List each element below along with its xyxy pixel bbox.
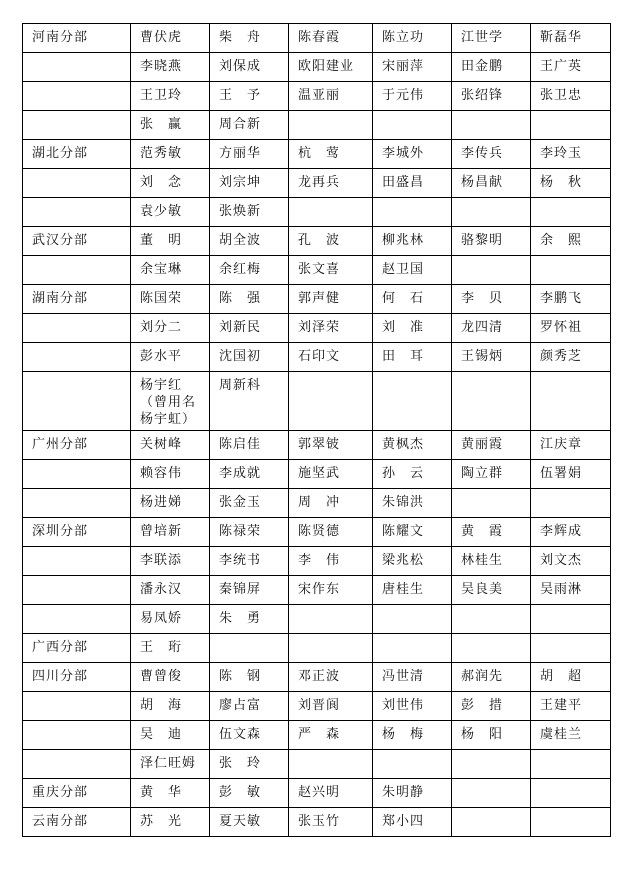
member-name-cell: 秦锦屏: [210, 576, 289, 605]
member-name-cell: 刘 念: [131, 169, 210, 198]
member-name-cell: 田 耳: [373, 343, 452, 372]
member-name-cell: [373, 750, 452, 779]
member-name-cell: [452, 779, 531, 808]
member-name-cell: [531, 605, 611, 634]
member-name-cell: 刘新民: [210, 314, 289, 343]
member-name-cell: 关树峰: [131, 431, 210, 460]
member-name-cell: 泽仁旺姆: [131, 750, 210, 779]
member-name-cell: [531, 372, 611, 431]
member-name-cell: [373, 634, 452, 663]
table-row: 赖容伟李成就施坚武孙 云陶立群伍署娟: [23, 460, 611, 489]
member-name-cell: 虞桂兰: [531, 721, 611, 750]
member-name-cell: 冯世清: [373, 663, 452, 692]
member-name-cell: 陈启佳: [210, 431, 289, 460]
member-name-cell: [531, 198, 611, 227]
member-name-cell: 黄 霞: [452, 518, 531, 547]
member-name-cell: 张玉竹: [289, 808, 373, 837]
member-name-cell: 胡 海: [131, 692, 210, 721]
member-name-cell: 伍文森: [210, 721, 289, 750]
member-name-cell: 李 贝: [452, 285, 531, 314]
member-name-cell: 刘泽荣: [289, 314, 373, 343]
member-name-cell: 李晓燕: [131, 53, 210, 82]
member-name-cell: 王卫玲: [131, 82, 210, 111]
table-row: 张 赢周合新: [23, 111, 611, 140]
branch-cell: 湖北分部: [23, 140, 131, 169]
member-name-cell: 刘晋阆: [289, 692, 373, 721]
table-row: 云南分部苏 光夏天敏张玉竹郑小四: [23, 808, 611, 837]
member-name-cell: 刘世伟: [373, 692, 452, 721]
member-name-cell: 杨昌献: [452, 169, 531, 198]
member-name-cell: 孔 波: [289, 227, 373, 256]
member-name-cell: 周 冲: [289, 489, 373, 518]
member-name-cell: 石印文: [289, 343, 373, 372]
member-name-cell: 袁少敏: [131, 198, 210, 227]
member-name-cell: 龙再兵: [289, 169, 373, 198]
member-name-cell: 周新科: [210, 372, 289, 431]
member-name-cell: [373, 605, 452, 634]
branch-cell: [23, 53, 131, 82]
branch-cell: 湖南分部: [23, 285, 131, 314]
member-name-cell: 李 伟: [289, 547, 373, 576]
table-row: 深圳分部曾培新陈禄荣陈贤德陈耀文黄 霞李辉成: [23, 518, 611, 547]
member-name-cell: 黄 华: [131, 779, 210, 808]
branch-cell: [23, 692, 131, 721]
member-name-cell: 黄枫杰: [373, 431, 452, 460]
member-name-cell: 刘宗坤: [210, 169, 289, 198]
table-row: 重庆分部黄 华彭 敏赵兴明朱明静: [23, 779, 611, 808]
member-name-cell: 骆黎明: [452, 227, 531, 256]
member-name-cell: 李成就: [210, 460, 289, 489]
member-name-cell: 张金玉: [210, 489, 289, 518]
member-name-cell: 朱 勇: [210, 605, 289, 634]
table-row: 湖南分部陈国荣陈 强郭声健何 石李 贝李鹏飞: [23, 285, 611, 314]
member-name-cell: 董 明: [131, 227, 210, 256]
member-name-cell: [373, 111, 452, 140]
member-name-cell: 陈耀文: [373, 518, 452, 547]
branch-cell: 武汉分部: [23, 227, 131, 256]
member-name-cell: [531, 489, 611, 518]
member-name-cell: [289, 372, 373, 431]
member-name-cell: 范秀敏: [131, 140, 210, 169]
member-name-cell: [531, 808, 611, 837]
member-name-cell: 曹曾俊: [131, 663, 210, 692]
member-name-cell: 王建平: [531, 692, 611, 721]
member-name-cell: [452, 372, 531, 431]
member-name-cell: [531, 779, 611, 808]
member-name-cell: [289, 198, 373, 227]
member-name-cell: [210, 634, 289, 663]
table-row: 刘 念刘宗坤龙再兵田盛昌杨昌献杨 秋: [23, 169, 611, 198]
branch-cell: [23, 343, 131, 372]
member-name-cell: [452, 605, 531, 634]
member-name-cell: [531, 256, 611, 285]
member-name-cell: [289, 750, 373, 779]
member-name-cell: 李玲玉: [531, 140, 611, 169]
member-name-cell: 余 熙: [531, 227, 611, 256]
member-name-cell: 刘分二: [131, 314, 210, 343]
table-row: 潘永汉秦锦屏宋作东唐桂生吴良美吴雨淋: [23, 576, 611, 605]
branch-cell: 河南分部: [23, 24, 131, 53]
member-name-cell: 陈 钢: [210, 663, 289, 692]
member-roster-table: 河南分部曹伏虎柴 舟陈春霞陈立功江世学靳磊华李晓燕刘保成欧阳建业宋丽萍田金鹏王广…: [22, 23, 611, 837]
branch-cell: [23, 198, 131, 227]
member-name-cell: 颜秀芝: [531, 343, 611, 372]
member-name-cell: 张绍锋: [452, 82, 531, 111]
member-name-cell: [452, 198, 531, 227]
branch-cell: [23, 372, 131, 431]
member-name-cell: 张 赢: [131, 111, 210, 140]
member-name-cell: 杨 阳: [452, 721, 531, 750]
branch-cell: [23, 111, 131, 140]
member-name-cell: 李统书: [210, 547, 289, 576]
member-name-cell: 田盛昌: [373, 169, 452, 198]
member-name-cell: 沈国初: [210, 343, 289, 372]
member-name-cell: 杭 莺: [289, 140, 373, 169]
member-name-cell: 施坚武: [289, 460, 373, 489]
member-name-cell: 苏 光: [131, 808, 210, 837]
branch-cell: [23, 576, 131, 605]
member-name-cell: 陈 强: [210, 285, 289, 314]
table-row: 泽仁旺姆张 玲: [23, 750, 611, 779]
member-name-cell: 朱锦洪: [373, 489, 452, 518]
member-name-cell: 彭 措: [452, 692, 531, 721]
member-name-cell: 王广英: [531, 53, 611, 82]
member-name-cell: 吴良美: [452, 576, 531, 605]
member-name-cell: 余红梅: [210, 256, 289, 285]
member-name-cell: 赵兴明: [289, 779, 373, 808]
table-row: 杨宇红（曾用名杨宇虹）周新科: [23, 372, 611, 431]
member-name-cell: 刘保成: [210, 53, 289, 82]
member-name-cell: 曹伏虎: [131, 24, 210, 53]
member-name-cell: [452, 634, 531, 663]
member-name-cell: [531, 634, 611, 663]
member-name-cell: 廖占富: [210, 692, 289, 721]
table-row: 余宝琳余红梅张文喜赵卫国: [23, 256, 611, 285]
member-name-cell: 张焕新: [210, 198, 289, 227]
branch-cell: [23, 547, 131, 576]
member-name-cell: 张文喜: [289, 256, 373, 285]
member-name-cell: 郑小四: [373, 808, 452, 837]
member-name-cell: 胡 超: [531, 663, 611, 692]
table-row: 湖北分部范秀敏方丽华杭 莺李城外李传兵李玲玉: [23, 140, 611, 169]
roster-body: 河南分部曹伏虎柴 舟陈春霞陈立功江世学靳磊华李晓燕刘保成欧阳建业宋丽萍田金鹏王广…: [23, 24, 611, 837]
branch-cell: [23, 489, 131, 518]
member-name-cell: 王 予: [210, 82, 289, 111]
member-name-cell: 梁兆松: [373, 547, 452, 576]
table-row: 广州分部关树峰陈启佳郭翠铍黄枫杰黄丽霞江庆章: [23, 431, 611, 460]
member-name-cell: 朱明静: [373, 779, 452, 808]
branch-cell: 四川分部: [23, 663, 131, 692]
table-row: 王卫玲王 予温亚丽于元伟张绍锋张卫忠: [23, 82, 611, 111]
member-name-cell: 靳磊华: [531, 24, 611, 53]
member-name-cell: [452, 489, 531, 518]
member-name-cell: [289, 605, 373, 634]
member-name-cell: 温亚丽: [289, 82, 373, 111]
member-name-cell: 余宝琳: [131, 256, 210, 285]
member-name-cell: 吴 迪: [131, 721, 210, 750]
member-name-cell: 宋丽萍: [373, 53, 452, 82]
member-name-cell: 郭翠铍: [289, 431, 373, 460]
member-name-cell: [452, 111, 531, 140]
member-name-cell: 李辉成: [531, 518, 611, 547]
branch-cell: 广州分部: [23, 431, 131, 460]
table-row: 彭水平沈国初石印文田 耳王锡炳颜秀芝: [23, 343, 611, 372]
member-name-cell: 邓正波: [289, 663, 373, 692]
member-name-cell: 孙 云: [373, 460, 452, 489]
member-name-cell: 黄丽霞: [452, 431, 531, 460]
member-name-cell: 赵卫国: [373, 256, 452, 285]
member-name-cell: 严 森: [289, 721, 373, 750]
table-row: 刘分二刘新民刘泽荣刘 准龙四清罗怀祖: [23, 314, 611, 343]
member-name-cell: 杨进娣: [131, 489, 210, 518]
table-row: 胡 海廖占富刘晋阆刘世伟彭 措王建平: [23, 692, 611, 721]
member-name-cell: 于元伟: [373, 82, 452, 111]
member-name-cell: 陈国荣: [131, 285, 210, 314]
member-name-cell: 彭 敏: [210, 779, 289, 808]
branch-cell: [23, 605, 131, 634]
branch-cell: [23, 750, 131, 779]
member-name-cell: 李城外: [373, 140, 452, 169]
member-name-cell: 张卫忠: [531, 82, 611, 111]
member-name-cell: [373, 372, 452, 431]
member-name-cell: 刘 准: [373, 314, 452, 343]
table-row: 杨进娣张金玉周 冲朱锦洪: [23, 489, 611, 518]
member-name-cell: 江世学: [452, 24, 531, 53]
member-name-cell: 方丽华: [210, 140, 289, 169]
member-name-cell: 龙四清: [452, 314, 531, 343]
member-name-cell: 杨 秋: [531, 169, 611, 198]
member-name-cell: 易凤娇: [131, 605, 210, 634]
branch-cell: 深圳分部: [23, 518, 131, 547]
member-name-cell: 伍署娟: [531, 460, 611, 489]
member-name-cell: 王 珩: [131, 634, 210, 663]
member-name-cell: 林桂生: [452, 547, 531, 576]
member-name-cell: 柴 舟: [210, 24, 289, 53]
member-name-cell: 曾培新: [131, 518, 210, 547]
member-name-cell: 柳兆林: [373, 227, 452, 256]
member-name-cell: 王锡炳: [452, 343, 531, 372]
member-name-cell: 欧阳建业: [289, 53, 373, 82]
member-name-cell: 杨宇红（曾用名杨宇虹）: [131, 372, 210, 431]
member-name-cell: 杨 梅: [373, 721, 452, 750]
table-row: 李晓燕刘保成欧阳建业宋丽萍田金鹏王广英: [23, 53, 611, 82]
member-name-cell: [531, 111, 611, 140]
member-name-cell: 宋作东: [289, 576, 373, 605]
table-row: 袁少敏张焕新: [23, 198, 611, 227]
table-row: 武汉分部董 明胡全波孔 波柳兆林骆黎明余 熙: [23, 227, 611, 256]
member-name-cell: 夏天敏: [210, 808, 289, 837]
member-name-cell: 郝润先: [452, 663, 531, 692]
table-row: 吴 迪伍文森严 森杨 梅杨 阳虞桂兰: [23, 721, 611, 750]
member-name-cell: 陈贤德: [289, 518, 373, 547]
member-name-cell: 田金鹏: [452, 53, 531, 82]
member-name-cell: [373, 198, 452, 227]
member-name-cell: 张 玲: [210, 750, 289, 779]
member-name-cell: 吴雨淋: [531, 576, 611, 605]
member-name-cell: [452, 256, 531, 285]
member-name-cell: 江庆章: [531, 431, 611, 460]
member-name-cell: [289, 111, 373, 140]
member-name-cell: 李鹏飞: [531, 285, 611, 314]
member-name-cell: 彭水平: [131, 343, 210, 372]
branch-cell: 云南分部: [23, 808, 131, 837]
branch-cell: 广西分部: [23, 634, 131, 663]
branch-cell: [23, 314, 131, 343]
table-row: 易凤娇朱 勇: [23, 605, 611, 634]
table-row: 李联添李统书李 伟梁兆松林桂生刘文杰: [23, 547, 611, 576]
branch-cell: [23, 256, 131, 285]
table-row: 河南分部曹伏虎柴 舟陈春霞陈立功江世学靳磊华: [23, 24, 611, 53]
member-name-cell: 郭声健: [289, 285, 373, 314]
member-name-cell: 陈禄荣: [210, 518, 289, 547]
member-name-cell: 潘永汉: [131, 576, 210, 605]
member-name-cell: 赖容伟: [131, 460, 210, 489]
member-name-cell: 周合新: [210, 111, 289, 140]
table-row: 广西分部王 珩: [23, 634, 611, 663]
branch-cell: [23, 169, 131, 198]
branch-cell: 重庆分部: [23, 779, 131, 808]
member-name-cell: 唐桂生: [373, 576, 452, 605]
member-name-cell: 刘文杰: [531, 547, 611, 576]
member-name-cell: 李联添: [131, 547, 210, 576]
member-name-cell: [289, 634, 373, 663]
member-name-cell: 胡全波: [210, 227, 289, 256]
member-name-cell: 何 石: [373, 285, 452, 314]
member-name-cell: 罗怀祖: [531, 314, 611, 343]
member-name-cell: 陈春霞: [289, 24, 373, 53]
member-name-cell: [452, 750, 531, 779]
member-name-cell: [531, 750, 611, 779]
member-name-cell: 陈立功: [373, 24, 452, 53]
member-name-cell: [452, 808, 531, 837]
member-name-cell: 陶立群: [452, 460, 531, 489]
table-row: 四川分部曹曾俊陈 钢邓正波冯世清郝润先胡 超: [23, 663, 611, 692]
branch-cell: [23, 721, 131, 750]
branch-cell: [23, 82, 131, 111]
branch-cell: [23, 460, 131, 489]
member-name-cell: 李传兵: [452, 140, 531, 169]
